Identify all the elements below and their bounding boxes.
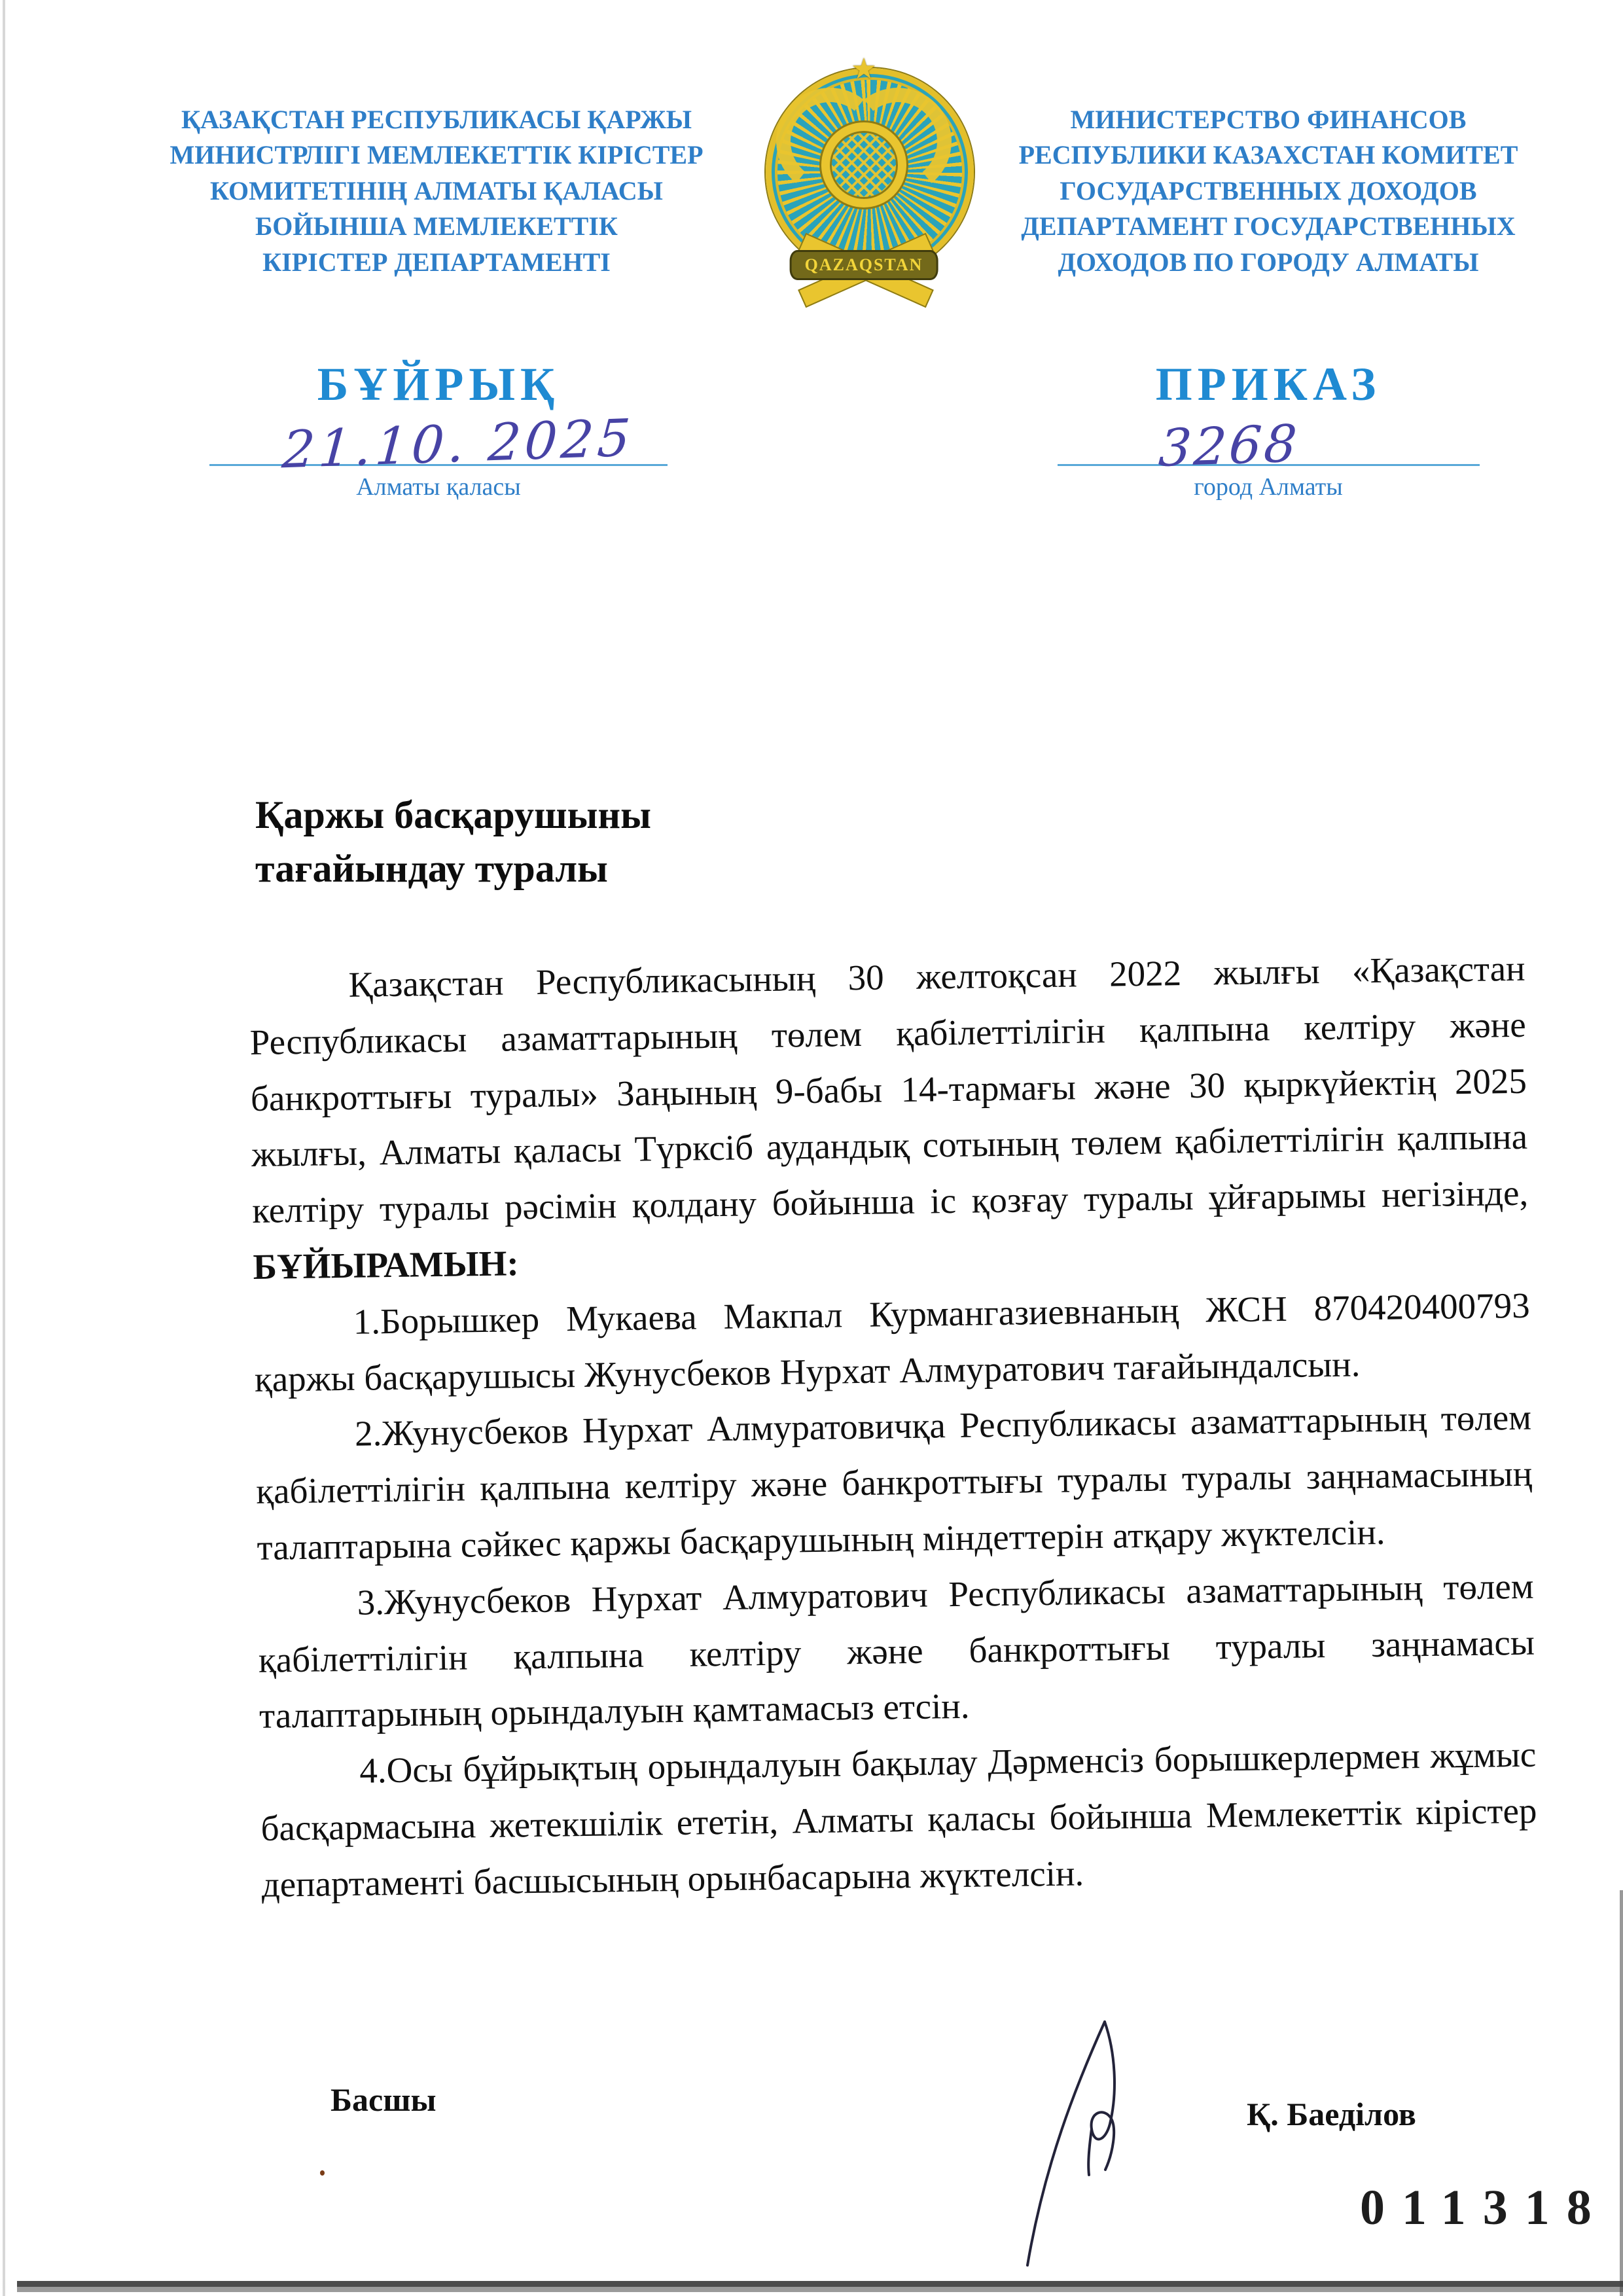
order-heading-row: БҰЙРЫҚ 21.10. 2025 Алматы қаласы ПРИКАЗ … <box>0 357 1623 501</box>
emblem-banner: QAZAQSTAN <box>790 250 938 280</box>
signature-stroke <box>976 2014 1147 2276</box>
org-line: РЕСПУБЛИКИ КАЗАХСТАН КОМИТЕТ <box>980 137 1556 173</box>
scan-edge-bottom <box>17 2281 1623 2287</box>
document-body: Қазақстан Республикасының 30 желтоқсан 2… <box>249 941 1538 1913</box>
scan-speck <box>320 2170 325 2176</box>
signer-position-label: Басшы <box>330 2081 437 2119</box>
scan-edge-right <box>1620 1890 1623 2296</box>
signature-block: Басшы Қ. Баеділов <box>0 2018 1623 2293</box>
org-line: КІРІСТЕР ДЕПАРТАМЕНТІ <box>152 245 721 280</box>
paragraph-item-2: 2.Жунусбеков Нурхат Алмуратовичқа Респуб… <box>255 1390 1533 1576</box>
letterhead: ҚАЗАҚСТАН РЕСПУБЛИКАСЫ ҚАРЖЫ МИНИСТРЛІГІ… <box>0 0 1623 319</box>
kazakhstan-state-emblem: ★ QAZAQSTAN <box>759 50 969 331</box>
paragraph-item-1: 1.Борышкер Мукаева Макпал Курмангазиевна… <box>253 1278 1531 1408</box>
order-column-russian: ПРИКАЗ 3268 город Алматы <box>811 357 1623 501</box>
signer-name: Қ. Баеділов <box>1247 2095 1416 2133</box>
org-line: ГОСУДАРСТВЕННЫХ ДОХОДОВ <box>980 173 1556 209</box>
org-line: ДОХОДОВ ПО ГОРОДУ АЛМАТЫ <box>980 245 1556 280</box>
document-title-line: Қаржы басқарушыны <box>255 788 1623 842</box>
document-title-line: тағайындау туралы <box>255 842 1623 895</box>
scanned-order-document: ҚАЗАҚСТАН РЕСПУБЛИКАСЫ ҚАРЖЫ МИНИСТРЛІГІ… <box>0 0 1623 2296</box>
paragraph-preamble: Қазақстан Республикасының 30 желтоқсан 2… <box>249 941 1529 1295</box>
order-verb: БҰЙЫРАМЫН: <box>253 1244 519 1287</box>
order-heading-russian: ПРИКАЗ <box>863 357 1623 412</box>
order-heading-kazakh: БҰЙРЫҚ <box>33 357 844 412</box>
org-line: ДЕПАРТАМЕНТ ГОСУДАРСТВЕННЫХ <box>980 209 1556 244</box>
org-line: ҚАЗАҚСТАН РЕСПУБЛИКАСЫ ҚАРЖЫ <box>152 102 721 137</box>
paragraph-item-4: 4.Осы бұйрықтың орындалуын бақылау Дәрме… <box>260 1727 1538 1913</box>
scan-edge-bottom-light <box>17 2287 1623 2292</box>
preamble-text: Қазақстан Республикасының 30 желтоқсан 2… <box>249 948 1528 1230</box>
org-line: БОЙЫНША МЕМЛЕКЕТТІК <box>152 209 721 244</box>
star-icon: ★ <box>851 55 876 84</box>
document-title: Қаржы басқарушыны тағайындау туралы <box>255 788 1623 895</box>
scan-edge-left <box>3 0 5 2296</box>
stamp-serial-number: 011318 <box>1360 2179 1609 2236</box>
org-line: МИНИСТЕРСТВО ФИНАНСОВ <box>980 102 1556 137</box>
emblem-shanyrak-icon <box>821 122 906 207</box>
issuing-org-russian: МИНИСТЕРСТВО ФИНАНСОВ РЕСПУБЛИКИ КАЗАХСТ… <box>980 102 1556 280</box>
org-line: КОМИТЕТІНІҢ АЛМАТЫ ҚАЛАСЫ <box>152 173 721 209</box>
paragraph-item-3: 3.Жунусбеков Нурхат Алмуратович Республи… <box>257 1558 1535 1745</box>
org-line: МИНИСТРЛІГІ МЕМЛЕКЕТТІК КІРІСТЕР <box>152 137 721 173</box>
order-column-kazakh: БҰЙРЫҚ 21.10. 2025 Алматы қаласы <box>0 357 811 501</box>
issuing-org-kazakh: ҚАЗАҚСТАН РЕСПУБЛИКАСЫ ҚАРЖЫ МИНИСТРЛІГІ… <box>152 102 721 280</box>
